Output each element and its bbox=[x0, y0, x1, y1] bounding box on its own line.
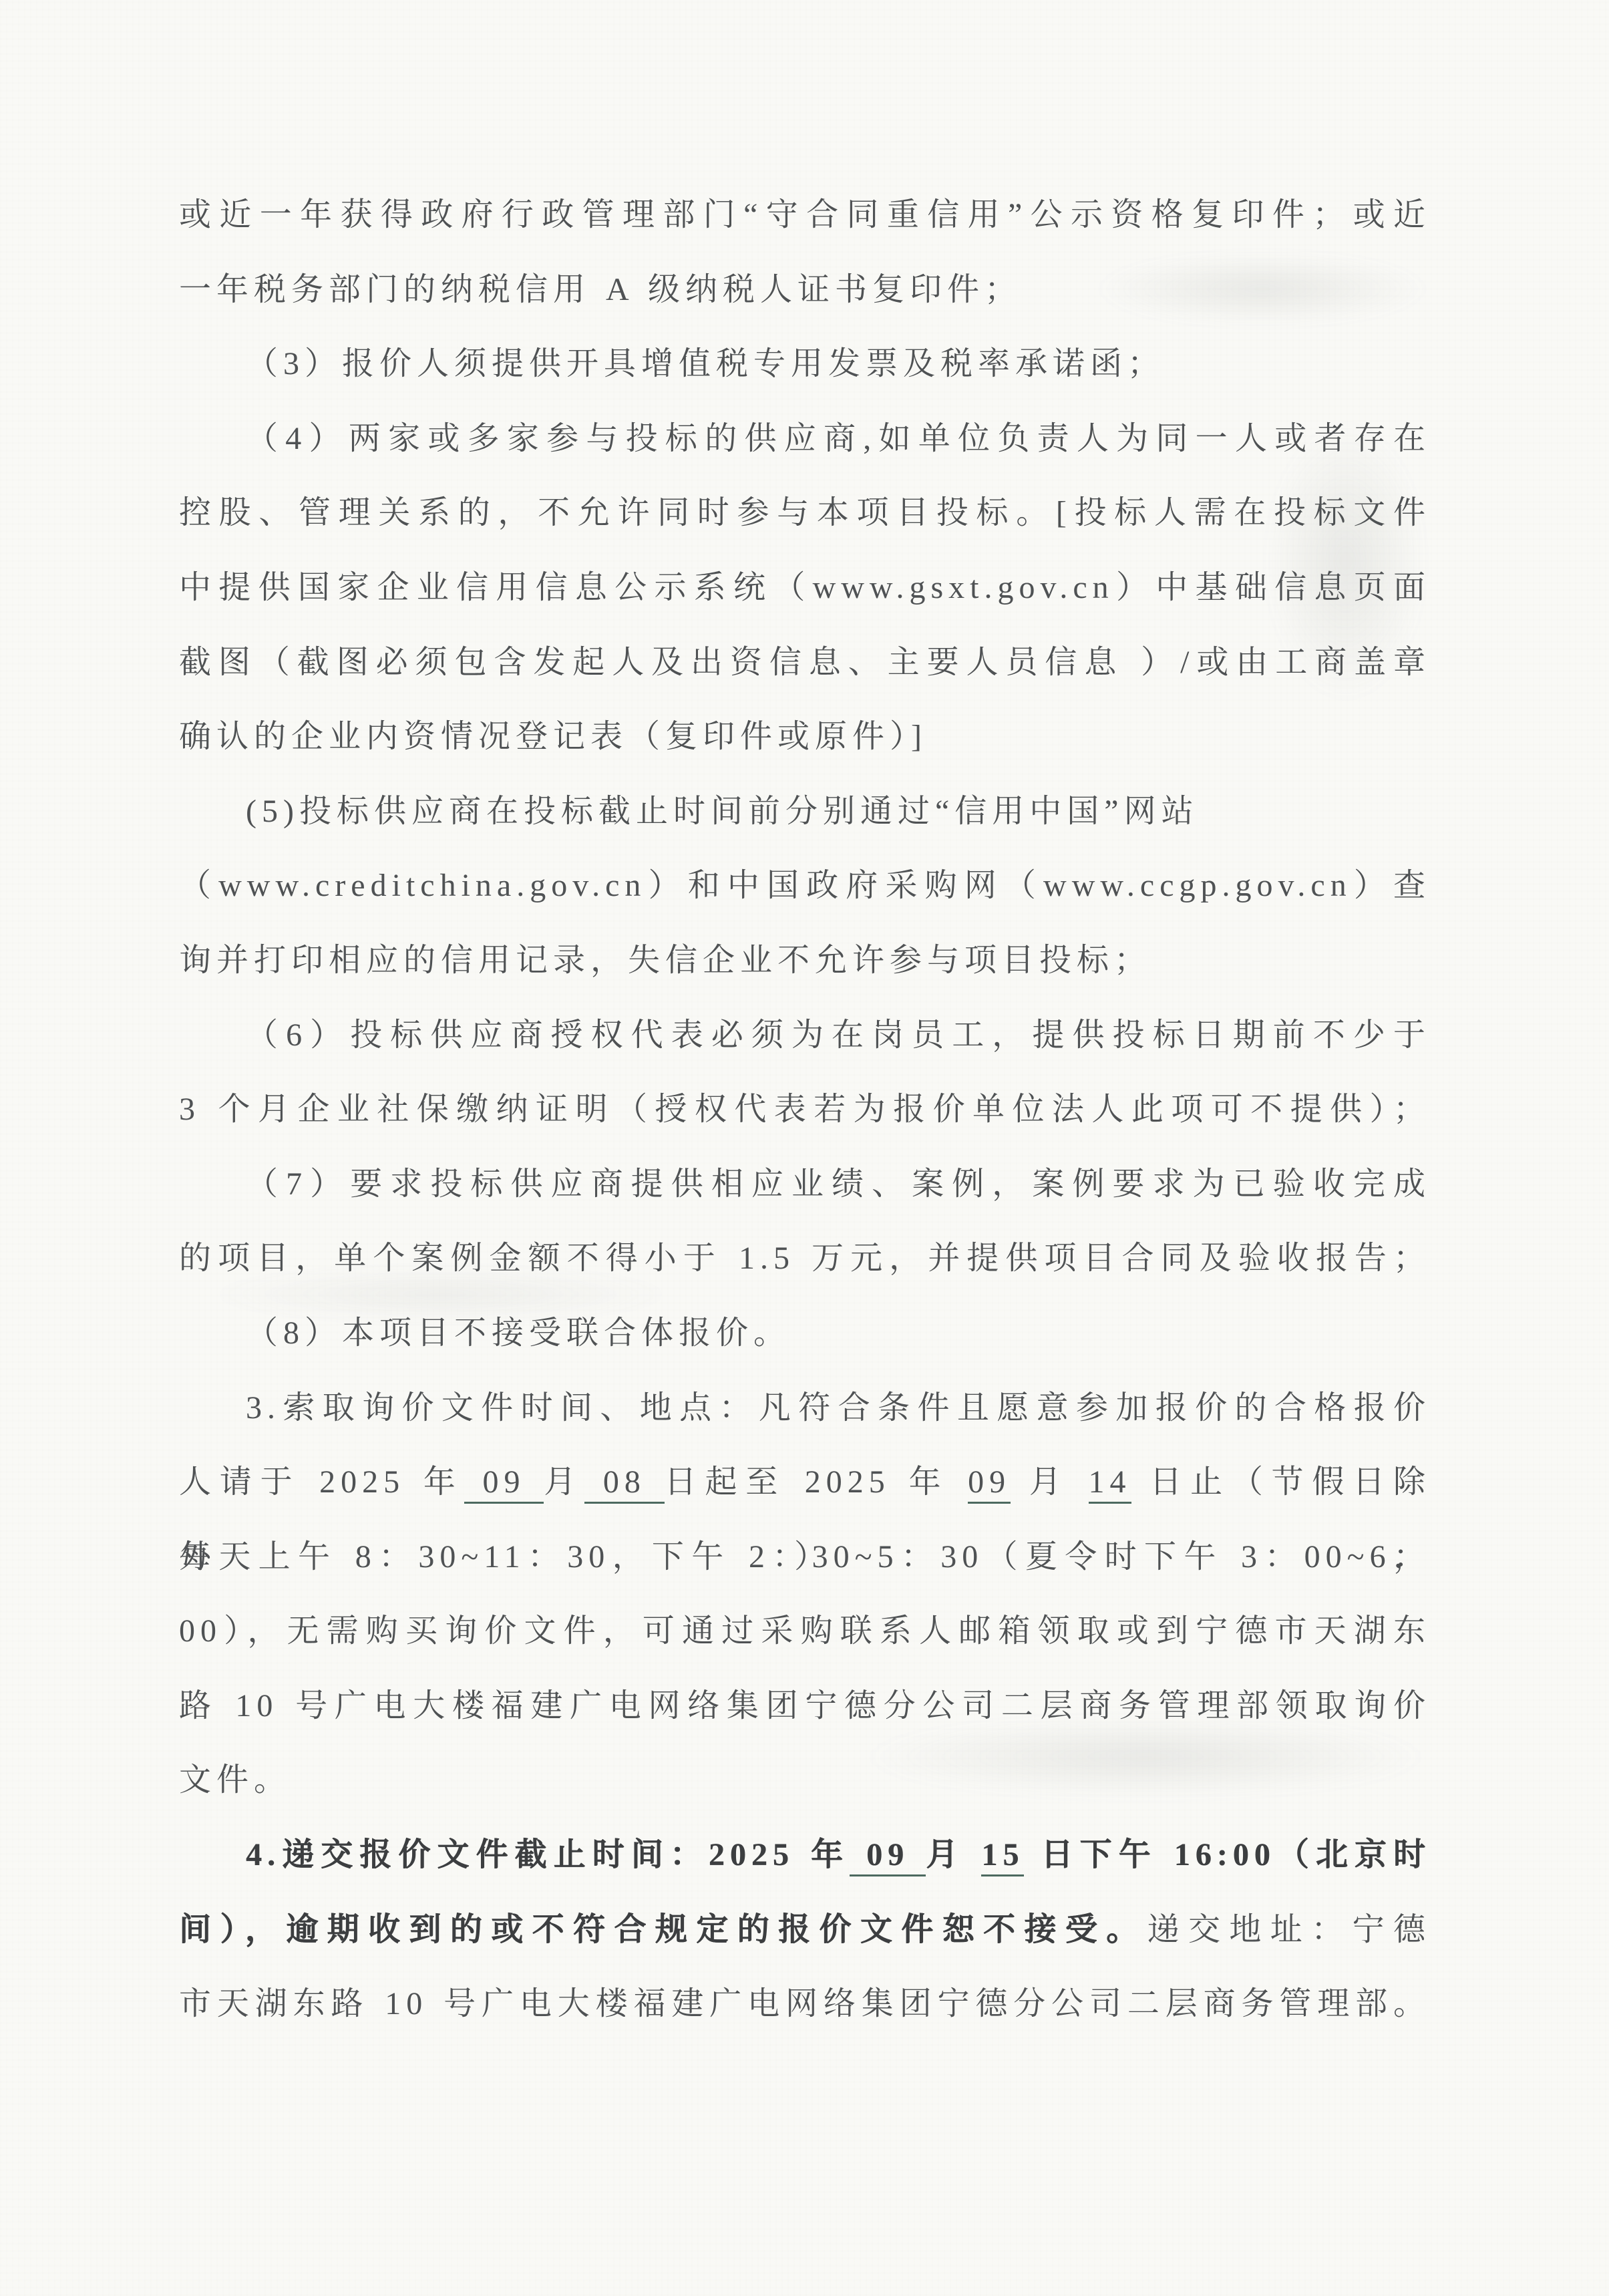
filled-in-date-field: 15 bbox=[981, 1837, 1024, 1876]
text-line: 中提供国家企业信用信息公示系统（www.gsxt.gov.cn）中基础信息页面 bbox=[179, 550, 1431, 625]
text-segment: 询并打印相应的信用记录，失信企业不允许参与项目投标； bbox=[179, 943, 1151, 978]
text-segment: 的项目，单个案例金额不得小于 1.5 万元，并提供项目合同及验收报告； bbox=[179, 1241, 1431, 1276]
text-segment: （3）报价人须提供开具增值税专用发票及税率承诺函； bbox=[246, 346, 1165, 381]
text-line: 4.递交报价文件截止时间：2025 年 09 月 15 日下午 16:00（北京… bbox=[179, 1818, 1431, 1893]
filled-in-date-field: 14 bbox=[1089, 1464, 1131, 1504]
text-segment: 或近一年获得政府行政管理部门“守合同重信用”公示资格复印件；或近 bbox=[179, 197, 1431, 232]
text-line: (5)投标供应商在投标截止时间前分别通过“信用中国”网站 bbox=[179, 774, 1431, 849]
text-line: 一年税务部门的纳税信用 A 级纳税人证书复印件； bbox=[179, 253, 1431, 327]
text-line: （www.creditchina.gov.cn）和中国政府采购网（www.ccg… bbox=[179, 848, 1431, 923]
filled-in-date-field: 09 bbox=[968, 1464, 1011, 1504]
text-line: 市天湖东路 10 号广电大楼福建广电网络集团宁德分公司二层商务管理部。 bbox=[179, 1967, 1431, 2041]
scanned-document-page: 或近一年获得政府行政管理部门“守合同重信用”公示资格复印件；或近一年税务部门的纳… bbox=[0, 0, 1609, 2296]
text-line: 3 个月企业社保缴纳证明（授权代表若为报价单位法人此项可不提供）； bbox=[179, 1072, 1431, 1147]
text-segment: 间），逾期收到的或不符合规定的报价文件恕不接受。 bbox=[179, 1912, 1147, 1947]
text-segment: 中提供国家企业信用信息公示系统（www.gsxt.gov.cn）中基础信息页面 bbox=[179, 570, 1431, 605]
text-segment: 路 10 号广电大楼福建广电网络集团宁德分公司二层商务管理部领取询价 bbox=[179, 1688, 1431, 1724]
text-line: 的项目，单个案例金额不得小于 1.5 万元，并提供项目合同及验收报告； bbox=[179, 1221, 1431, 1296]
text-segment: 文件。 bbox=[179, 1762, 291, 1798]
text-line: 路 10 号广电大楼福建广电网络集团宁德分公司二层商务管理部领取询价 bbox=[179, 1669, 1431, 1744]
text-segment: 月 bbox=[1011, 1464, 1088, 1500]
text-segment: 确认的企业内资情况登记表（复印件或原件）] bbox=[179, 719, 927, 754]
text-segment: 市天湖东路 10 号广电大楼福建广电网络集团宁德分公司二层商务管理部。 bbox=[179, 1986, 1431, 2021]
text-segment: 日下午 16:00（北京时 bbox=[1024, 1837, 1431, 1872]
text-segment: （4）两家或多家参与投标的供应商,如单位负责人为同一人或者存在 bbox=[246, 421, 1431, 456]
text-segment: 3.索取询价文件时间、地点：凡符合条件且愿意参加报价的合格报价 bbox=[246, 1390, 1431, 1426]
text-line: 控股、管理关系的，不允许同时参与本项目投标。[投标人需在投标文件 bbox=[179, 476, 1431, 550]
text-segment: 每天上午 8：30~11：30，下午 2：30~5：30（夏令时下午 3：00~… bbox=[179, 1539, 1431, 1575]
text-segment: 截图（截图必须包含发起人及出资信息、主要人员信息 ）/或由工商盖章 bbox=[179, 645, 1431, 680]
filled-in-date-field: 08 bbox=[584, 1464, 665, 1504]
text-line: 询并打印相应的信用记录，失信企业不允许参与项目投标； bbox=[179, 923, 1431, 998]
text-segment: 一年税务部门的纳税信用 A 级纳税人证书复印件； bbox=[179, 272, 1022, 307]
text-segment: 递交地址：宁德 bbox=[1147, 1912, 1431, 1947]
text-segment: （7）要求投标供应商提供相应业绩、案例，案例要求为已验收完成 bbox=[246, 1166, 1431, 1202]
filled-in-date-field: 09 bbox=[850, 1837, 926, 1876]
text-line: 每天上午 8：30~11：30，下午 2：30~5：30（夏令时下午 3：00~… bbox=[179, 1520, 1431, 1595]
text-segment: 00），无需购买询价文件，可通过采购联系人邮箱领取或到宁德市天湖东 bbox=[179, 1613, 1431, 1649]
text-segment: 月 bbox=[544, 1464, 584, 1500]
text-line: （7）要求投标供应商提供相应业绩、案例，案例要求为已验收完成 bbox=[179, 1147, 1431, 1222]
text-line: 间），逾期收到的或不符合规定的报价文件恕不接受。递交地址：宁德 bbox=[179, 1893, 1431, 1967]
text-segment: 4.递交报价文件截止时间：2025 年 bbox=[246, 1837, 850, 1872]
text-segment: 人请于 2025 年 bbox=[179, 1464, 464, 1500]
text-segment: （www.creditchina.gov.cn）和中国政府采购网（www.ccg… bbox=[179, 868, 1431, 903]
text-line: 或近一年获得政府行政管理部门“守合同重信用”公示资格复印件；或近 bbox=[179, 178, 1431, 253]
text-line: （8）本项目不接受联合体报价。 bbox=[179, 1296, 1431, 1371]
text-line: 00），无需购买询价文件，可通过采购联系人邮箱领取或到宁德市天湖东 bbox=[179, 1594, 1431, 1669]
text-line: 3.索取询价文件时间、地点：凡符合条件且愿意参加报价的合格报价 bbox=[179, 1371, 1431, 1446]
text-line: （6）投标供应商授权代表必须为在岗员工，提供投标日期前不少于 bbox=[179, 998, 1431, 1073]
text-segment: （8）本项目不接受联合体报价。 bbox=[246, 1315, 791, 1351]
document-text-block: 或近一年获得政府行政管理部门“守合同重信用”公示资格复印件；或近一年税务部门的纳… bbox=[179, 178, 1431, 2041]
text-line: （4）两家或多家参与投标的供应商,如单位负责人为同一人或者存在 bbox=[179, 401, 1431, 476]
text-line: 文件。 bbox=[179, 1743, 1431, 1818]
text-line: （3）报价人须提供开具增值税专用发票及税率承诺函； bbox=[179, 327, 1431, 401]
text-segment: 3 个月企业社保缴纳证明（授权代表若为报价单位法人此项可不提供）； bbox=[179, 1092, 1431, 1127]
filled-in-date-field: 09 bbox=[464, 1464, 544, 1504]
text-segment: （6）投标供应商授权代表必须为在岗员工，提供投标日期前不少于 bbox=[246, 1017, 1431, 1053]
text-line: 人请于 2025 年 09 月 08 日起至 2025 年 09 月 14 日止… bbox=[179, 1445, 1431, 1520]
text-line: 确认的企业内资情况登记表（复印件或原件）] bbox=[179, 699, 1431, 774]
text-segment: (5)投标供应商在投标截止时间前分别通过“信用中国”网站 bbox=[246, 794, 1199, 829]
text-line: 截图（截图必须包含发起人及出资信息、主要人员信息 ）/或由工商盖章 bbox=[179, 625, 1431, 700]
text-segment: 月 bbox=[926, 1837, 981, 1872]
text-segment: 控股、管理关系的，不允许同时参与本项目投标。[投标人需在投标文件 bbox=[179, 495, 1431, 530]
text-segment: 日起至 2025 年 bbox=[665, 1464, 968, 1500]
